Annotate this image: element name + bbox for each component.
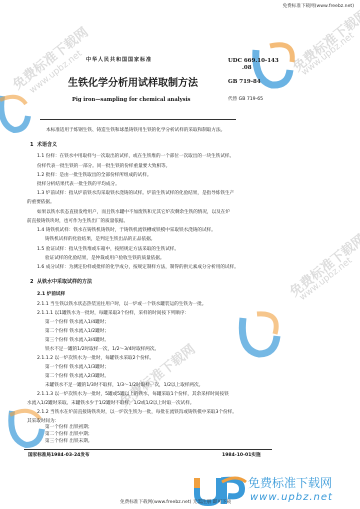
text-line: 2.1.2 当铁水在炉前直接铸铁块时，以一炉次生铁为一批，每批在流铁沟或铸铁模中… bbox=[37, 410, 237, 416]
effective-date: 1984-10-01实施 bbox=[222, 453, 261, 459]
text-line: 份样代表一批生铁的一部分。同一批生铁的份样重量要大致相等。 bbox=[37, 164, 170, 170]
text-line: 1.3 炉前试样：指从炉前铁水沟采取铁水浇铸的试样。炉前生铁试样的化验结果，是指… bbox=[37, 191, 234, 197]
text-line: 铁水不足一罐的1/2时取样一次，1/2～3/4时取样两次。 bbox=[45, 347, 159, 353]
text-line: 的重要依据。 bbox=[27, 200, 55, 206]
document-body: 1.1 份样：在铁水中用取样勺一次取出的试样，或在生铁堆的一个部位一次取出的一块… bbox=[0, 0, 360, 509]
text-line: 验证试样的化验结果，是仲裁或用户验收生铁的质量依据。 bbox=[45, 256, 164, 262]
brand-name: 免费标准下载网 bbox=[248, 474, 332, 491]
section-heading: 2 从铁水中采取试样的方法 bbox=[30, 279, 92, 285]
text-line: 2.1.1.1 以1罐铁水为一批时，每罐采取3个份样，采样的时间按下列顺序： bbox=[37, 311, 189, 317]
text-line: 第二个份样 铁水流入2/3罐时。 bbox=[45, 374, 109, 380]
brand-url: www.upbz.net bbox=[250, 492, 333, 503]
text-line: 第一个份样 铁水流入1/3罐时； bbox=[45, 365, 109, 371]
footer-divider bbox=[24, 449, 272, 450]
text-line: 前直接铸铁块时，也可作为生铁出厂的质量依据。 bbox=[27, 219, 128, 225]
bottom-banner: 免费标准下载网(www.freebz.net) 无需注册 即可下载 bbox=[120, 500, 231, 506]
text-line: 第三个份样 铁水流入3/4罐时。 bbox=[45, 338, 109, 344]
text-line: 第三个份样 出铁末期。 bbox=[45, 439, 92, 445]
text-line: 第二个份样 出铁中期； bbox=[45, 432, 92, 438]
text-line: 第二个份样 铁水流入1/2罐时； bbox=[45, 329, 109, 335]
text-line: 1.6 成分试样：为测定份样或批样的化学成分，按规定制样方法，制得的供元素成分分… bbox=[37, 265, 239, 271]
text-line: 第一个份样 出铁初期； bbox=[45, 425, 92, 431]
text-line: 第一个份样 铁水流入1/4罐时； bbox=[45, 320, 109, 326]
text-line: 1.4 铸铁机试样：铁水在铸铁机铸铁时，于铸铁机流铁槽或铁模中采取铁水浇铸的试样… bbox=[37, 228, 216, 234]
text-line: 1.5 验证试样：指从生铁堆或车箱中，按照规定方法采取的生铁试样。 bbox=[37, 247, 179, 253]
text-line: 2.1.1.3 以一炉次铁水为一批时，5罐或5罐以上的铁水，每罐采取1个份样，其… bbox=[37, 392, 229, 398]
text-line: 1.1 份样：在铁水中用取样勺一次取出的试样，或在生铁堆的一个部位一次取出的一块… bbox=[37, 154, 234, 160]
text-line: 1.2 批样：是由一批生铁取出的全部份样所组成的试样。 bbox=[37, 173, 151, 179]
text-line: 批样分析结果代表一批生铁的平均成分。 bbox=[37, 182, 120, 188]
text-line: 如果以铁水状态直接发给用户，而且铁水罐中不加废铁和无其它炉次剩余生铁的情况，以及… bbox=[37, 210, 230, 216]
text-line: 铸铁机试样的化验结果，是判定生铁出品的正品依据。 bbox=[45, 237, 155, 243]
text-line: 2.1.1.2 以一炉次铁水为一批时，每罐铁水采取2个份样。 bbox=[37, 356, 154, 362]
text-line: 2.1.1 当生铁以铁水状态热装送往用户时，以一炉或一个铁水罐装运的生铁为一批。 bbox=[37, 302, 206, 308]
text-line: 水流入1/2罐时采取。末罐铁水少于1/2罐时不取样，1/2或1/2以上时取一次试… bbox=[27, 401, 194, 407]
issue-date: 国家标准局1984-03-24发布 bbox=[28, 453, 90, 459]
section-number: 2 bbox=[30, 279, 33, 285]
text-line: 2.1 炉前试样 bbox=[37, 292, 65, 298]
text-line: 末罐铁水不足一罐的1/3时不取样，1/3～1/2时取样一次，1/2以上取样两次。 bbox=[45, 383, 203, 389]
section-title: 从铁水中采取试样的方法 bbox=[37, 279, 92, 285]
